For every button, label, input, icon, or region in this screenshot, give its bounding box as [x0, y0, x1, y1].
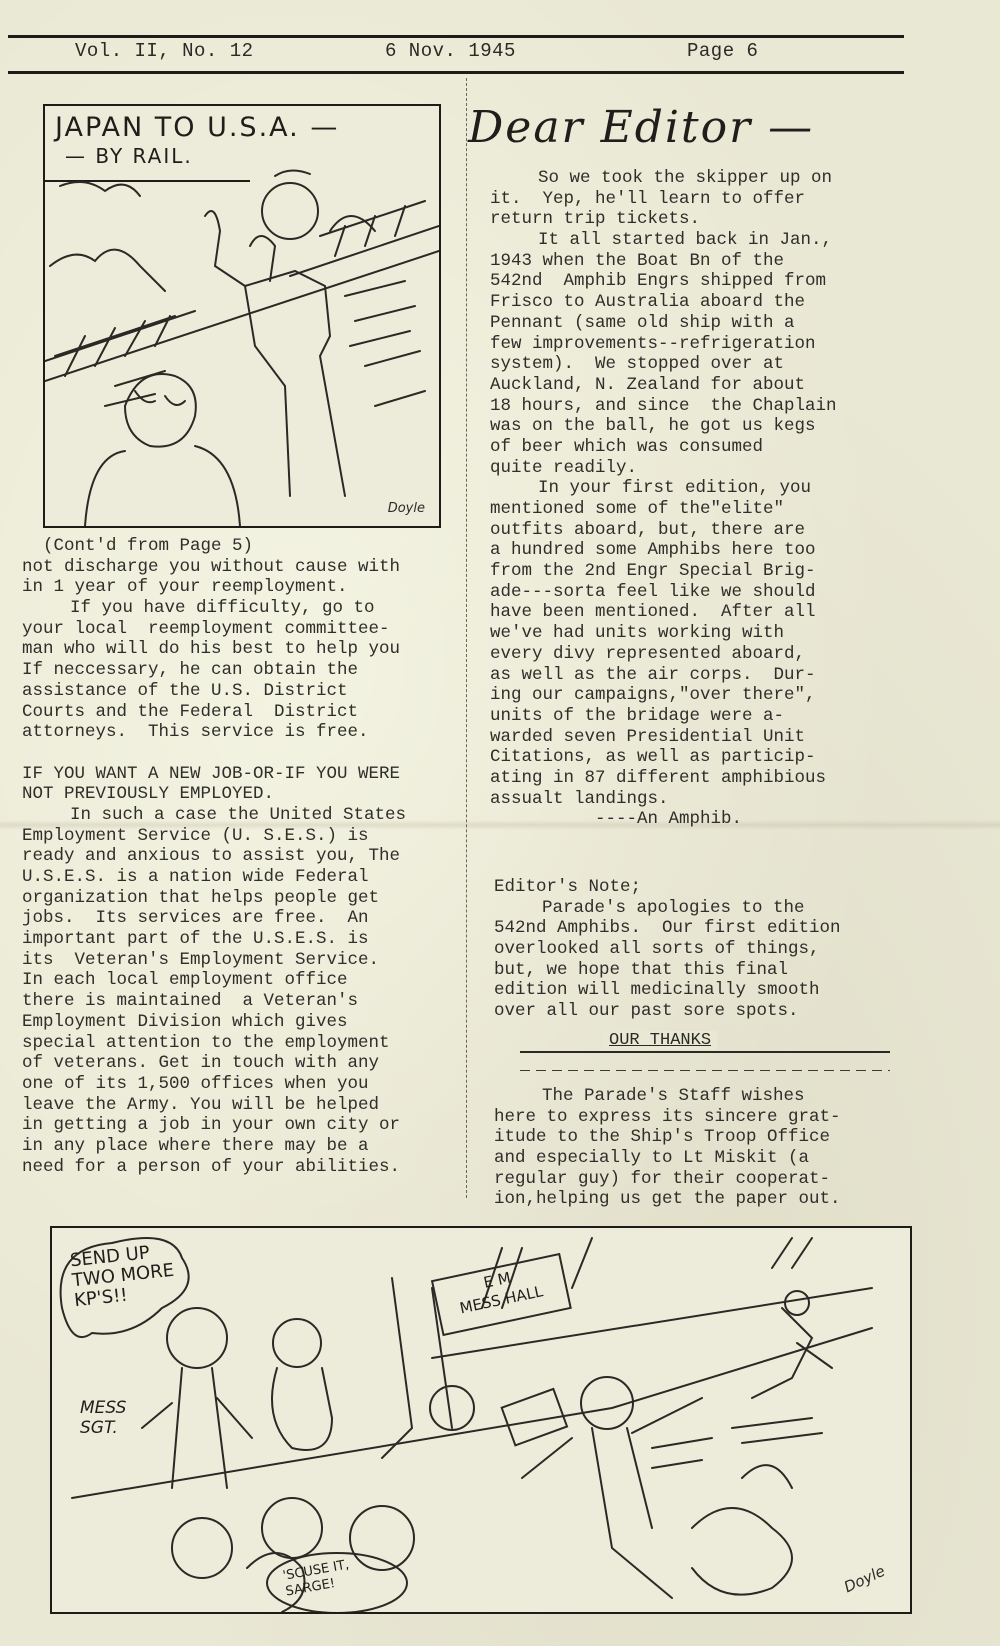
left-column-line: important part of the U.S.E.S. is	[22, 929, 406, 950]
left-column-line: (Cont'd from Page 5)	[22, 536, 406, 557]
letter-line: outfits aboard, but, there are	[490, 520, 837, 541]
letter-line: return trip tickets.	[490, 209, 837, 230]
letter-line: have been mentioned. After all	[490, 602, 837, 623]
letter-line: we've had units working with	[490, 623, 837, 644]
thanks-top-rule	[520, 1051, 890, 1053]
letter-line: 542nd Amphib Engrs shipped from	[490, 271, 837, 292]
letter-line: units of the bridage were a-	[490, 706, 837, 727]
left-column-line: In each local employment office	[22, 970, 406, 991]
thanks-line: itude to the Ship's Troop Office	[494, 1127, 841, 1148]
letter-to-editor: So we took the skipper up onit. Yep, he'…	[490, 168, 837, 830]
header-bottom-rule	[8, 71, 904, 74]
letter-line: 18 hours, and since the Chaplain	[490, 396, 837, 417]
left-column-line: special attention to the employment	[22, 1033, 406, 1054]
column-divider	[466, 78, 467, 1198]
cartoon-japan-to-usa: JAPAN TO U.S.A. — — BY RAIL.	[43, 104, 441, 528]
newsletter-page: Vol. II, No. 12 6 Nov. 1945 Page 6 JAPAN…	[0, 0, 1000, 1646]
letter-line: Citations, as well as particip-	[490, 747, 837, 768]
left-column-line: U.S.E.S. is a nation wide Federal	[22, 867, 406, 888]
editors-note: Editor's Note;Parade's apologies to the5…	[494, 877, 841, 1022]
issue-date: 6 Nov. 1945	[385, 40, 516, 62]
thanks-line: here to express its sincere grat-	[494, 1107, 841, 1128]
letter-line: Pennant (same old ship with a	[490, 313, 837, 334]
letter-line: ating in 87 different amphibious	[490, 768, 837, 789]
editors-note-line: 542nd Amphibs. Our first edition	[494, 918, 841, 939]
editors-note-line: Editor's Note;	[494, 877, 841, 898]
left-column-line: jobs. Its services are free. An	[22, 908, 406, 929]
left-column-line: Employment Service (U. S.E.S.) is	[22, 826, 406, 847]
left-column-line: your local reemployment committee-	[22, 619, 406, 640]
left-column-line: of veterans. Get in touch with any	[22, 1053, 406, 1074]
editors-note-line: over all our past sore spots.	[494, 1001, 841, 1022]
left-column-line	[22, 743, 406, 764]
header-top-rule	[8, 35, 904, 38]
thanks-line: and especially to Lt Miskit (a	[494, 1148, 841, 1169]
letter-line: quite readily.	[490, 458, 837, 479]
our-thanks-heading: OUR THANKS	[603, 1031, 717, 1050]
editors-note-line: edition will medicinally smooth	[494, 980, 841, 1001]
letter-line: Auckland, N. Zealand for about	[490, 375, 837, 396]
letter-line: It all started back in Jan.,	[490, 230, 837, 251]
cartoon-illustration-train	[45, 106, 439, 526]
editors-note-line: overlooked all sorts of things,	[494, 939, 841, 960]
left-column-article: (Cont'd from Page 5)not discharge you wi…	[22, 536, 406, 1177]
letter-line: from the 2nd Engr Special Brig-	[490, 561, 837, 582]
left-column-line: one of its 1,500 offices when you	[22, 1074, 406, 1095]
left-column-line: Courts and the Federal District	[22, 702, 406, 723]
letter-line: mentioned some of the"elite"	[490, 499, 837, 520]
volume-number: Vol. II, No. 12	[75, 40, 254, 62]
label-mess-sgt: MESS SGT.	[80, 1398, 126, 1438]
left-column-line: If neccessary, he can obtain the	[22, 660, 406, 681]
left-column-line: Employment Division which gives	[22, 1012, 406, 1033]
left-column-line: its Veteran's Employment Service.	[22, 950, 406, 971]
editors-note-line: Parade's apologies to the	[494, 898, 841, 919]
letter-line: a hundred some Amphibs here too	[490, 540, 837, 561]
cartoon-signature: Doyle	[388, 501, 425, 516]
left-column-line: need for a person of your abilities.	[22, 1157, 406, 1178]
left-column-line: NOT PREVIOUSLY EMPLOYED.	[22, 784, 406, 805]
left-column-line: If you have difficulty, go to	[22, 598, 406, 619]
left-column-line: leave the Army. You will be helped	[22, 1095, 406, 1116]
left-column-line: in getting a job in your own city or	[22, 1115, 406, 1136]
letter-line: few improvements--refrigeration	[490, 334, 837, 355]
left-column-line: not discharge you without cause with	[22, 557, 406, 578]
left-column-line: there is maintained a Veteran's	[22, 991, 406, 1012]
our-thanks-text: The Parade's Staff wisheshere to express…	[494, 1086, 841, 1210]
page-number: Page 6	[687, 40, 758, 62]
letter-line: of beer which was consumed	[490, 437, 837, 458]
letter-line: So we took the skipper up on	[490, 168, 837, 189]
letter-line: ade---sorta feel like we should	[490, 582, 837, 603]
editors-note-line: but, we hope that this final	[494, 960, 841, 981]
letter-line: Frisco to Australia aboard the	[490, 292, 837, 313]
left-column-line: In such a case the United States	[22, 805, 406, 826]
letter-line: In your first edition, you	[490, 478, 837, 499]
dear-editor-heading: Dear Editor —	[468, 102, 814, 153]
speech-bubble-send-kps: SEND UP TWO MORE KP'S!!	[69, 1241, 177, 1311]
left-column-line: IF YOU WANT A NEW JOB-OR-IF YOU WERE	[22, 764, 406, 785]
letter-line: assualt landings.	[490, 789, 837, 810]
left-column-line: in any place where there may be a	[22, 1136, 406, 1157]
thanks-line: ion,helping us get the paper out.	[494, 1189, 841, 1210]
letter-line: it. Yep, he'll learn to offer	[490, 189, 837, 210]
thanks-line: The Parade's Staff wishes	[494, 1086, 841, 1107]
letter-line: 1943 when the Boat Bn of the	[490, 251, 837, 272]
thanks-dashed-rule	[520, 1070, 890, 1071]
letter-line: every divy represented aboard,	[490, 644, 837, 665]
left-column-line: attorneys. This service is free.	[22, 722, 406, 743]
left-column-line: ready and anxious to assist you, The	[22, 846, 406, 867]
left-column-line: organization that helps people get	[22, 888, 406, 909]
letter-line: ----An Amphib.	[490, 809, 837, 830]
left-column-line: assistance of the U.S. District	[22, 681, 406, 702]
letter-line: warded seven Presidential Unit	[490, 727, 837, 748]
left-column-line: man who will do his best to help you	[22, 639, 406, 660]
cartoon-mess-hall: SEND UP TWO MORE KP'S!! MESS SGT. E M ME…	[50, 1226, 912, 1614]
left-column-line: in 1 year of your reemployment.	[22, 577, 406, 598]
letter-line: ing our campaigns,"over there",	[490, 685, 837, 706]
letter-line: as well as the air corps. Dur-	[490, 665, 837, 686]
thanks-line: regular guy) for their cooperat-	[494, 1169, 841, 1190]
letter-line: system). We stopped over at	[490, 354, 837, 375]
page-header: Vol. II, No. 12 6 Nov. 1945 Page 6	[75, 40, 775, 66]
letter-line: was on the ball, he got us kegs	[490, 416, 837, 437]
